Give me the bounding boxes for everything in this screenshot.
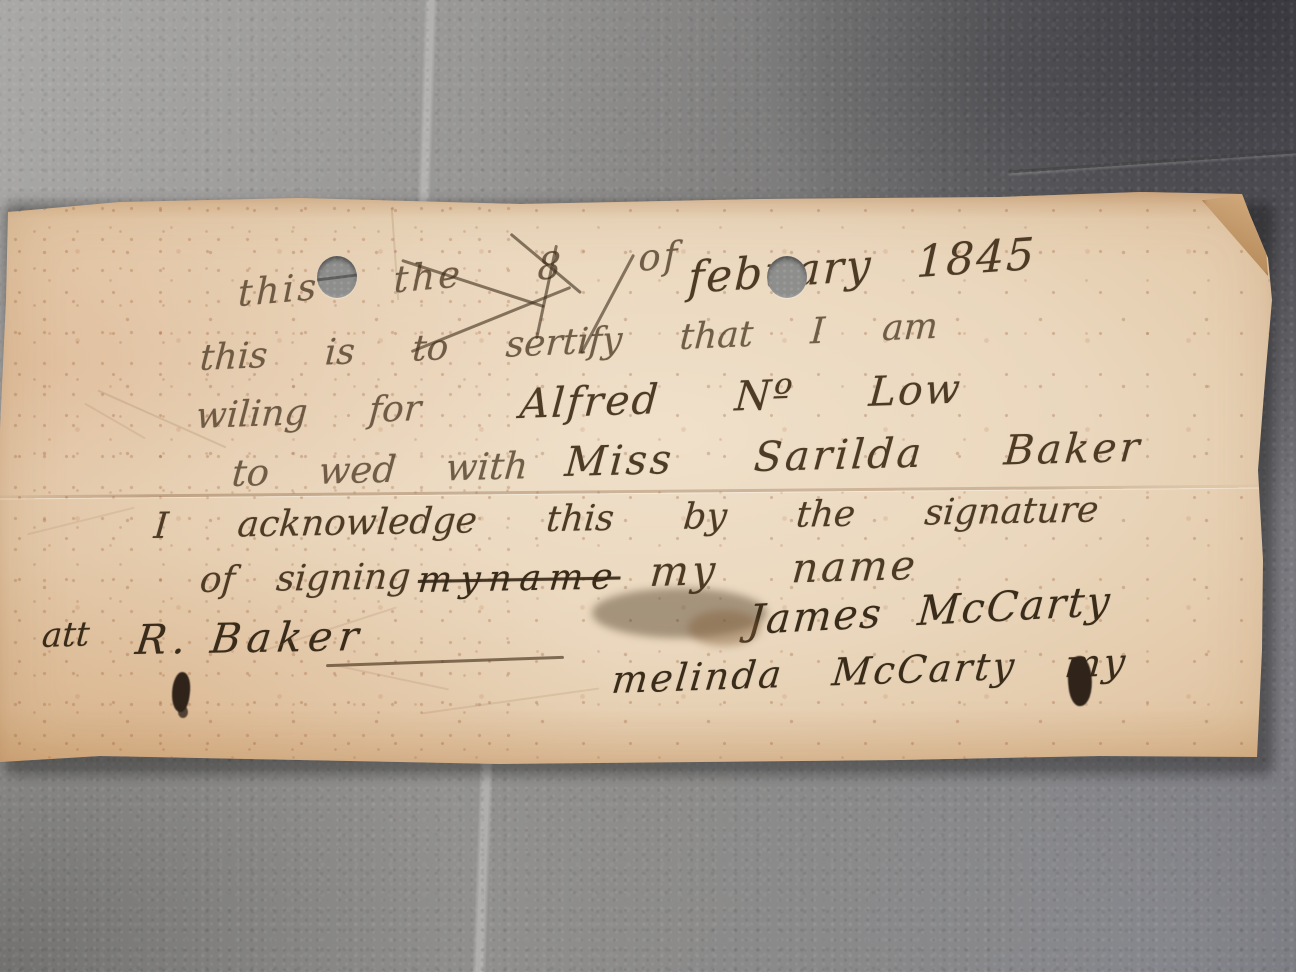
signature-r-baker: R. Baker xyxy=(133,612,367,664)
handwriting-struck-word: myname xyxy=(416,556,622,601)
ink-smear-on-signature xyxy=(688,610,760,646)
wrinkle-line xyxy=(27,507,134,536)
punch-hole-left xyxy=(317,256,357,298)
ink-blot-left-drip xyxy=(178,706,188,718)
attestation-label: att xyxy=(41,614,91,656)
handwriting-willing-line: wiling for xyxy=(195,388,423,437)
handwriting-signing-prefix: of signing xyxy=(198,556,412,601)
photo-of-document: this the 8 of febuary 1845 this is to se… xyxy=(0,0,1296,972)
punch-hole-right xyxy=(767,256,807,298)
handwriting-wed-line: to wed with xyxy=(230,444,529,495)
